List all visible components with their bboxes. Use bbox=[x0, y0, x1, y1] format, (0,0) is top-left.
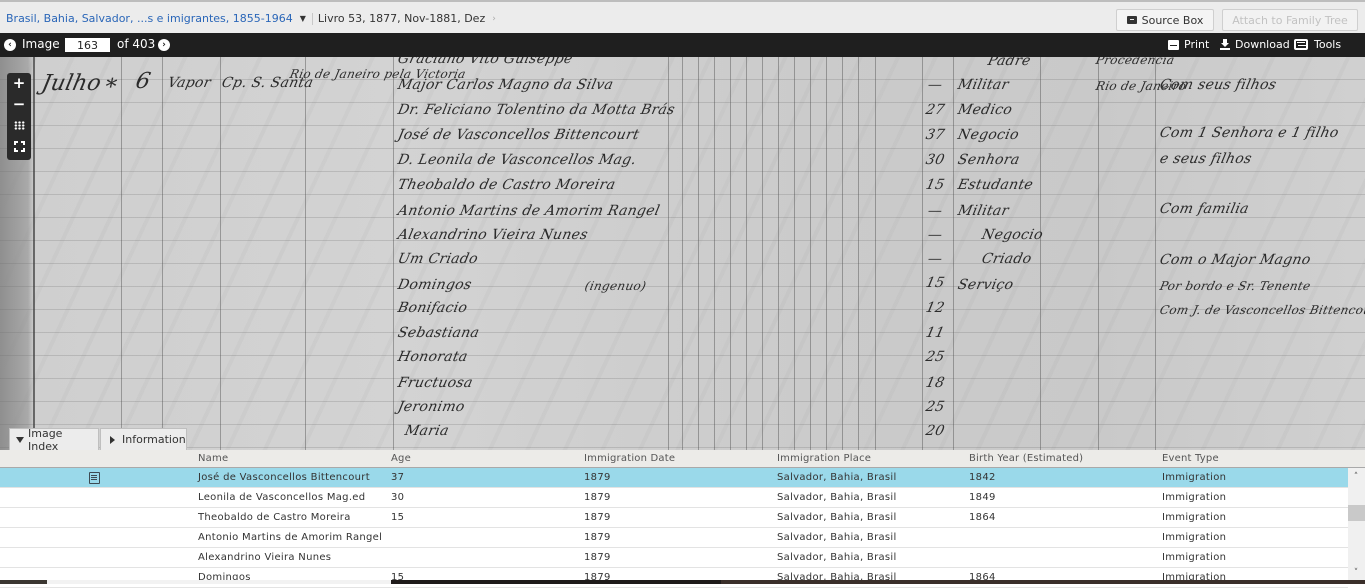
handwriting-remark: Com o Major Magno bbox=[1158, 252, 1312, 268]
print-button[interactable]: Print bbox=[1168, 38, 1209, 51]
cell-place: Salvador, Bahia, Brasil bbox=[777, 472, 897, 483]
source-box-label: Source Box bbox=[1142, 14, 1204, 27]
cell-event-type: Immigration bbox=[1162, 472, 1226, 483]
table-row[interactable]: Antonio Martins de Amorim Rangel 1879 Sa… bbox=[0, 528, 1348, 548]
image-toolbar: ‹ Image of 403 › Print Download Tools bbox=[0, 33, 1365, 57]
handwriting-occupation: Negocio bbox=[980, 227, 1044, 243]
table-header: Name Age Immigration Date Immigration Pl… bbox=[0, 450, 1365, 468]
ledger-line bbox=[842, 57, 843, 450]
download-label: Download bbox=[1235, 38, 1290, 51]
handwriting-name: Dr. Feliciano Tolentino da Motta Brás bbox=[396, 102, 676, 118]
table-row[interactable]: Theobaldo de Castro Moreira 15 1879 Salv… bbox=[0, 508, 1348, 528]
column-header-immigration-date[interactable]: Immigration Date bbox=[584, 453, 675, 464]
ledger-line bbox=[875, 57, 876, 450]
handwriting-age: 15 bbox=[924, 275, 946, 291]
ledger-line bbox=[1155, 57, 1156, 450]
column-header-age[interactable]: Age bbox=[391, 453, 411, 464]
ledger-line bbox=[953, 57, 954, 450]
column-header-birth-year[interactable]: Birth Year (Estimated) bbox=[969, 453, 1083, 464]
cell-birth-year: 1842 bbox=[969, 472, 996, 483]
horizontal-scrollbar[interactable] bbox=[0, 580, 1365, 584]
handwriting-name: Bonifacio bbox=[396, 300, 469, 316]
handwriting-age: 11 bbox=[924, 325, 946, 341]
tab-image-index[interactable]: Image Index bbox=[9, 428, 99, 450]
handwriting-occupation: Militar bbox=[956, 203, 1010, 219]
cell-age: 15 bbox=[391, 512, 404, 523]
cell-event-type: Immigration bbox=[1162, 492, 1226, 503]
film-label: Livro 53, 1877, Nov-1881, Dez bbox=[318, 12, 485, 25]
handwriting-age: 20 bbox=[924, 423, 946, 439]
handwriting-occupation: Medico bbox=[956, 102, 1014, 118]
cell-birth-year: 1864 bbox=[969, 512, 996, 523]
collection-dropdown-caret-icon[interactable]: ▼ bbox=[300, 14, 306, 23]
scroll-segment bbox=[721, 580, 1365, 584]
ledger-line bbox=[826, 57, 827, 450]
handwriting-name: Fructuosa bbox=[396, 375, 474, 391]
handwriting-remark: Com seus filhos bbox=[1158, 77, 1278, 93]
breadcrumb: Brasil, Bahia, Salvador, ...s e imigrant… bbox=[6, 12, 496, 25]
tools-label: Tools bbox=[1314, 38, 1341, 51]
cell-age: 37 bbox=[391, 472, 404, 483]
handwriting-name: Um Criado bbox=[396, 251, 479, 267]
tools-button[interactable]: Tools bbox=[1294, 38, 1341, 51]
caret-right-icon bbox=[110, 436, 115, 444]
handwriting-age: 18 bbox=[924, 375, 946, 391]
top-bar: Brasil, Bahia, Salvador, ...s e imigrant… bbox=[0, 0, 1365, 33]
ledger-line bbox=[1098, 57, 1099, 450]
column-header-event-type[interactable]: Event Type bbox=[1162, 453, 1219, 464]
previous-image-button[interactable]: ‹ bbox=[4, 39, 16, 51]
breadcrumb-divider bbox=[312, 13, 313, 25]
download-button[interactable]: Download bbox=[1220, 38, 1290, 51]
table-body: José de Vasconcellos Bittencourt 37 1879… bbox=[0, 468, 1348, 584]
cell-place: Salvador, Bahia, Brasil bbox=[777, 532, 897, 543]
gallery-view-button[interactable] bbox=[7, 115, 31, 136]
handwriting-name: Graciano Vito Guiseppe bbox=[396, 57, 574, 67]
scroll-up-chevron-icon[interactable]: ˄ bbox=[1351, 472, 1361, 482]
handwriting-occupation: Negocio bbox=[956, 127, 1020, 143]
source-box-button[interactable]: Source Box bbox=[1116, 9, 1214, 31]
tab-label: Information bbox=[122, 433, 186, 446]
handwriting-name: Maria bbox=[403, 423, 450, 439]
table-row[interactable]: Alexandrino Vieira Nunes 1879 Salvador, … bbox=[0, 548, 1348, 568]
column-header-name[interactable]: Name bbox=[198, 453, 228, 464]
ledger-line bbox=[778, 57, 779, 450]
ledger-line bbox=[762, 57, 763, 450]
ledger-line bbox=[794, 57, 795, 450]
ledger-line bbox=[33, 57, 35, 450]
ledger-line bbox=[305, 57, 306, 450]
image-number-input[interactable] bbox=[65, 38, 110, 52]
handwriting-month: Julho bbox=[39, 71, 103, 96]
attach-label: Attach to Family Tree bbox=[1232, 14, 1348, 27]
cell-place: Salvador, Bahia, Brasil bbox=[777, 512, 897, 523]
handwriting-name: Domingos bbox=[396, 277, 473, 293]
ledger-line bbox=[220, 57, 221, 450]
box-icon bbox=[1127, 16, 1137, 24]
caret-down-icon bbox=[16, 437, 24, 443]
handwriting-occupation: Estudante bbox=[956, 177, 1034, 193]
table-vertical-scrollbar[interactable]: ˄ ˅ bbox=[1348, 468, 1365, 584]
cell-place: Salvador, Bahia, Brasil bbox=[777, 492, 897, 503]
handwriting-name: Theobaldo de Castro Moreira bbox=[396, 177, 617, 193]
image-index-panel: Name Age Immigration Date Immigration Pl… bbox=[0, 450, 1365, 584]
handwriting-age: 12 bbox=[924, 300, 946, 316]
handwriting-remark: e seus filhos bbox=[1158, 151, 1253, 167]
sliders-icon bbox=[1294, 39, 1308, 50]
handwriting-vessel-type: Vapor bbox=[166, 75, 212, 91]
ledger-line bbox=[393, 57, 394, 450]
handwriting-occupation: Senhora bbox=[956, 152, 1021, 168]
ledger-line bbox=[922, 57, 923, 450]
handwriting-age: 15 bbox=[924, 177, 946, 193]
cell-event-type: Immigration bbox=[1162, 512, 1226, 523]
handwriting-annotation: (ingenuo) bbox=[584, 279, 648, 293]
cell-birth-year: 1849 bbox=[969, 492, 996, 503]
ledger-line bbox=[810, 57, 811, 450]
cell-name: Theobaldo de Castro Moreira bbox=[198, 512, 351, 523]
cell-date: 1879 bbox=[584, 492, 611, 503]
handwriting-name: Sebastiana bbox=[396, 325, 481, 341]
handwriting-occupation: Criado bbox=[980, 251, 1033, 267]
ledger-line bbox=[698, 57, 699, 450]
next-image-button[interactable]: › bbox=[158, 39, 170, 51]
ledger-line bbox=[121, 57, 122, 450]
printer-icon bbox=[1168, 40, 1179, 50]
cell-name: Alexandrino Vieira Nunes bbox=[198, 552, 331, 563]
handwriting-destination-header: Procedência bbox=[1095, 57, 1176, 67]
attach-to-family-tree-button[interactable]: Attach to Family Tree bbox=[1222, 9, 1358, 31]
handwriting-name: Jeronimo bbox=[396, 399, 466, 415]
handwriting-remark: Com 1 Senhora e 1 filho bbox=[1158, 125, 1340, 141]
handwriting-age: 25 bbox=[924, 399, 946, 415]
handwriting-name: Honorata bbox=[396, 349, 469, 365]
cell-age: 30 bbox=[391, 492, 404, 503]
cell-date: 1879 bbox=[584, 552, 611, 563]
handwriting-name: Alexandrino Vieira Nunes bbox=[396, 227, 589, 243]
print-label: Print bbox=[1184, 38, 1209, 51]
cell-event-type: Immigration bbox=[1162, 532, 1226, 543]
ledger-line bbox=[714, 57, 715, 450]
ledger-line bbox=[1040, 57, 1041, 450]
ledger-line bbox=[858, 57, 859, 450]
handwriting-age: 30 bbox=[924, 152, 946, 168]
table-row[interactable]: Leonila de Vasconcellos Mag.ed 30 1879 S… bbox=[0, 488, 1348, 508]
column-header-immigration-place[interactable]: Immigration Place bbox=[777, 453, 871, 464]
download-icon bbox=[1220, 39, 1230, 50]
cell-name: Antonio Martins de Amorim Rangel bbox=[198, 532, 382, 543]
handwriting-age: 27 bbox=[924, 102, 946, 118]
cell-name: Leonila de Vasconcellos Mag.ed bbox=[198, 492, 365, 503]
ledger-line bbox=[730, 57, 731, 450]
handwriting-occupation: Serviço bbox=[956, 277, 1015, 293]
zoom-out-button[interactable]: − bbox=[7, 94, 31, 115]
handwriting-name: Antonio Martins de Amorim Rangel bbox=[396, 203, 661, 219]
fullscreen-button[interactable] bbox=[7, 136, 31, 157]
tab-information[interactable]: Information bbox=[100, 428, 187, 450]
collection-link[interactable]: Brasil, Bahia, Salvador, ...s e imigrant… bbox=[6, 12, 293, 25]
handwriting-occupation: Padre bbox=[986, 57, 1032, 69]
cell-date: 1879 bbox=[584, 532, 611, 543]
ledger-line bbox=[746, 57, 747, 450]
fullscreen-icon bbox=[14, 141, 25, 152]
zoom-controls: + − bbox=[7, 73, 31, 160]
record-note-icon[interactable] bbox=[89, 472, 100, 484]
ledger-line bbox=[162, 57, 163, 450]
record-image-viewer[interactable]: Julho * 6 Vapor Cp. S. Santa Rio de Jane… bbox=[0, 57, 1365, 450]
cell-name: José de Vasconcellos Bittencourt bbox=[198, 472, 370, 483]
table-row[interactable]: José de Vasconcellos Bittencourt 37 1879… bbox=[0, 468, 1348, 488]
panel-tabs: Image Index Information bbox=[9, 428, 188, 450]
cell-date: 1879 bbox=[584, 512, 611, 523]
scroll-segment bbox=[47, 580, 391, 584]
handwriting-occupation: Militar bbox=[956, 77, 1010, 93]
scrollbar-thumb[interactable] bbox=[1348, 505, 1365, 521]
tab-label: Image Index bbox=[28, 427, 92, 453]
scroll-segment bbox=[391, 580, 721, 584]
scroll-segment bbox=[0, 580, 47, 584]
cell-date: 1879 bbox=[584, 472, 611, 483]
handwriting-remark: Com familia bbox=[1158, 201, 1250, 217]
cell-event-type: Immigration bbox=[1162, 552, 1226, 563]
cell-place: Salvador, Bahia, Brasil bbox=[777, 552, 897, 563]
image-count: of 403 bbox=[117, 37, 155, 51]
handwriting-age: 25 bbox=[924, 349, 946, 365]
zoom-in-button[interactable]: + bbox=[7, 73, 31, 94]
scroll-down-chevron-icon[interactable]: ˅ bbox=[1351, 568, 1361, 578]
handwriting-remark: Com J. de Vasconcellos Bittencourt bbox=[1159, 303, 1365, 317]
handwriting-name: Major Carlos Magno da Silva bbox=[396, 77, 614, 93]
handwriting-age: 37 bbox=[924, 127, 946, 143]
ledger-line bbox=[682, 57, 683, 450]
handwriting-name: D. Leonila de Vasconcellos Mag. bbox=[396, 152, 638, 168]
grid-icon bbox=[14, 121, 25, 130]
handwriting-remark: Por bordo e Sr. Tenente bbox=[1159, 279, 1312, 293]
handwriting-name: José de Vasconcellos Bittencourt bbox=[396, 127, 640, 143]
image-label: Image bbox=[22, 37, 60, 51]
chevron-right-icon[interactable]: › bbox=[492, 14, 496, 24]
